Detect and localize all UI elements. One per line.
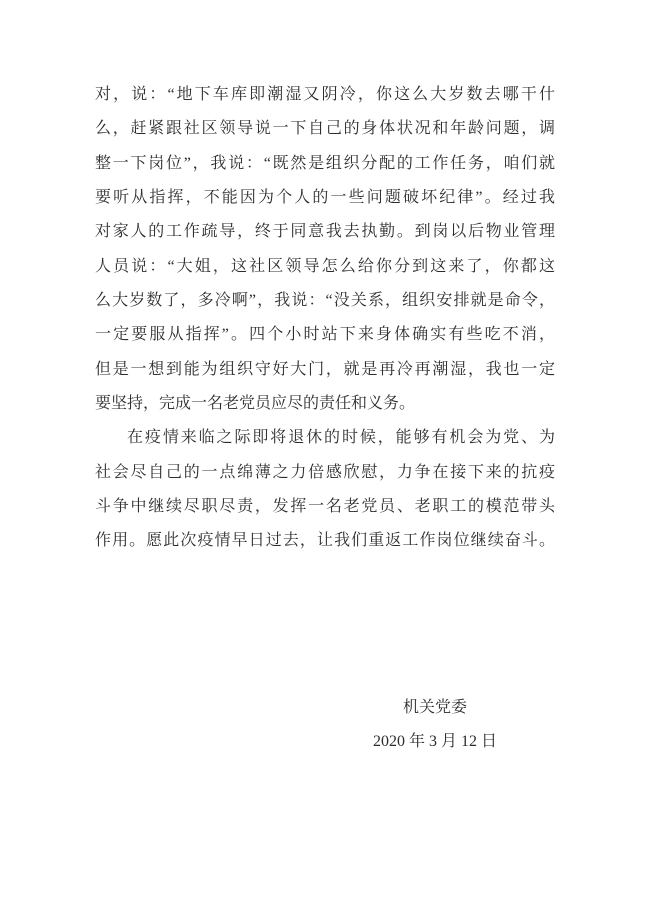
body-line-1: 对，说：“地下车库即潮湿又阴冷，你这么大岁数去哪干什 xyxy=(95,78,555,112)
body-line-8: 一定要服从指挥”。四个小时站下来身体确实有些吃不消， xyxy=(95,318,555,352)
body-line-3: 整一下岗位”，我说：“既然是组织分配的工作任务，咱们就 xyxy=(95,147,555,181)
body-line-10: 要坚持，完成一名老党员应尽的责任和义务。 xyxy=(95,387,555,421)
body-line-13: 斗争中继续尽职尽责，发挥一名老党员、老职工的模范带头 xyxy=(95,490,555,524)
signature-block: 机关党委 2020 年 3 月 12 日 xyxy=(315,691,555,759)
body-line-9: 但是一想到能为组织守好大门，就是再冷再潮湿，我也一定 xyxy=(95,353,555,387)
body-line-6: 人员说：“大姐，这社区领导怎么给你分到这来了，你都这 xyxy=(95,250,555,284)
body-line-12: 社会尽自己的一点绵薄之力倍感欣慰，力争在接下来的抗疫 xyxy=(95,456,555,490)
body-line-11: 在疫情来临之际即将退休的时候，能够有机会为党、为 xyxy=(95,421,555,455)
body-line-4: 要听从指挥，不能因为个人的一些问题破坏纪律”。经过我 xyxy=(95,181,555,215)
body-line-7: 么大岁数了，多冷啊”，我说：“没关系，组织安排就是命令， xyxy=(95,284,555,318)
body-line-2: 么，赶紧跟社区领导说一下自己的身体状况和年龄问题，调 xyxy=(95,112,555,146)
signature-org: 机关党委 xyxy=(315,691,555,725)
signature-date: 2020 年 3 月 12 日 xyxy=(315,725,555,759)
document-body: 对，说：“地下车库即潮湿又阴冷，你这么大岁数去哪干什 么，赶紧跟社区领导说一下自… xyxy=(95,78,555,559)
body-line-5: 对家人的工作疏导，终于同意我去执勤。到岗以后物业管理 xyxy=(95,215,555,249)
document-page: 对，说：“地下车库即潮湿又阴冷，你这么大岁数去哪干什 么，赶紧跟社区领导说一下自… xyxy=(0,0,650,919)
body-line-14: 作用。愿此次疫情早日过去，让我们重返工作岗位继续奋斗。 xyxy=(95,524,555,558)
